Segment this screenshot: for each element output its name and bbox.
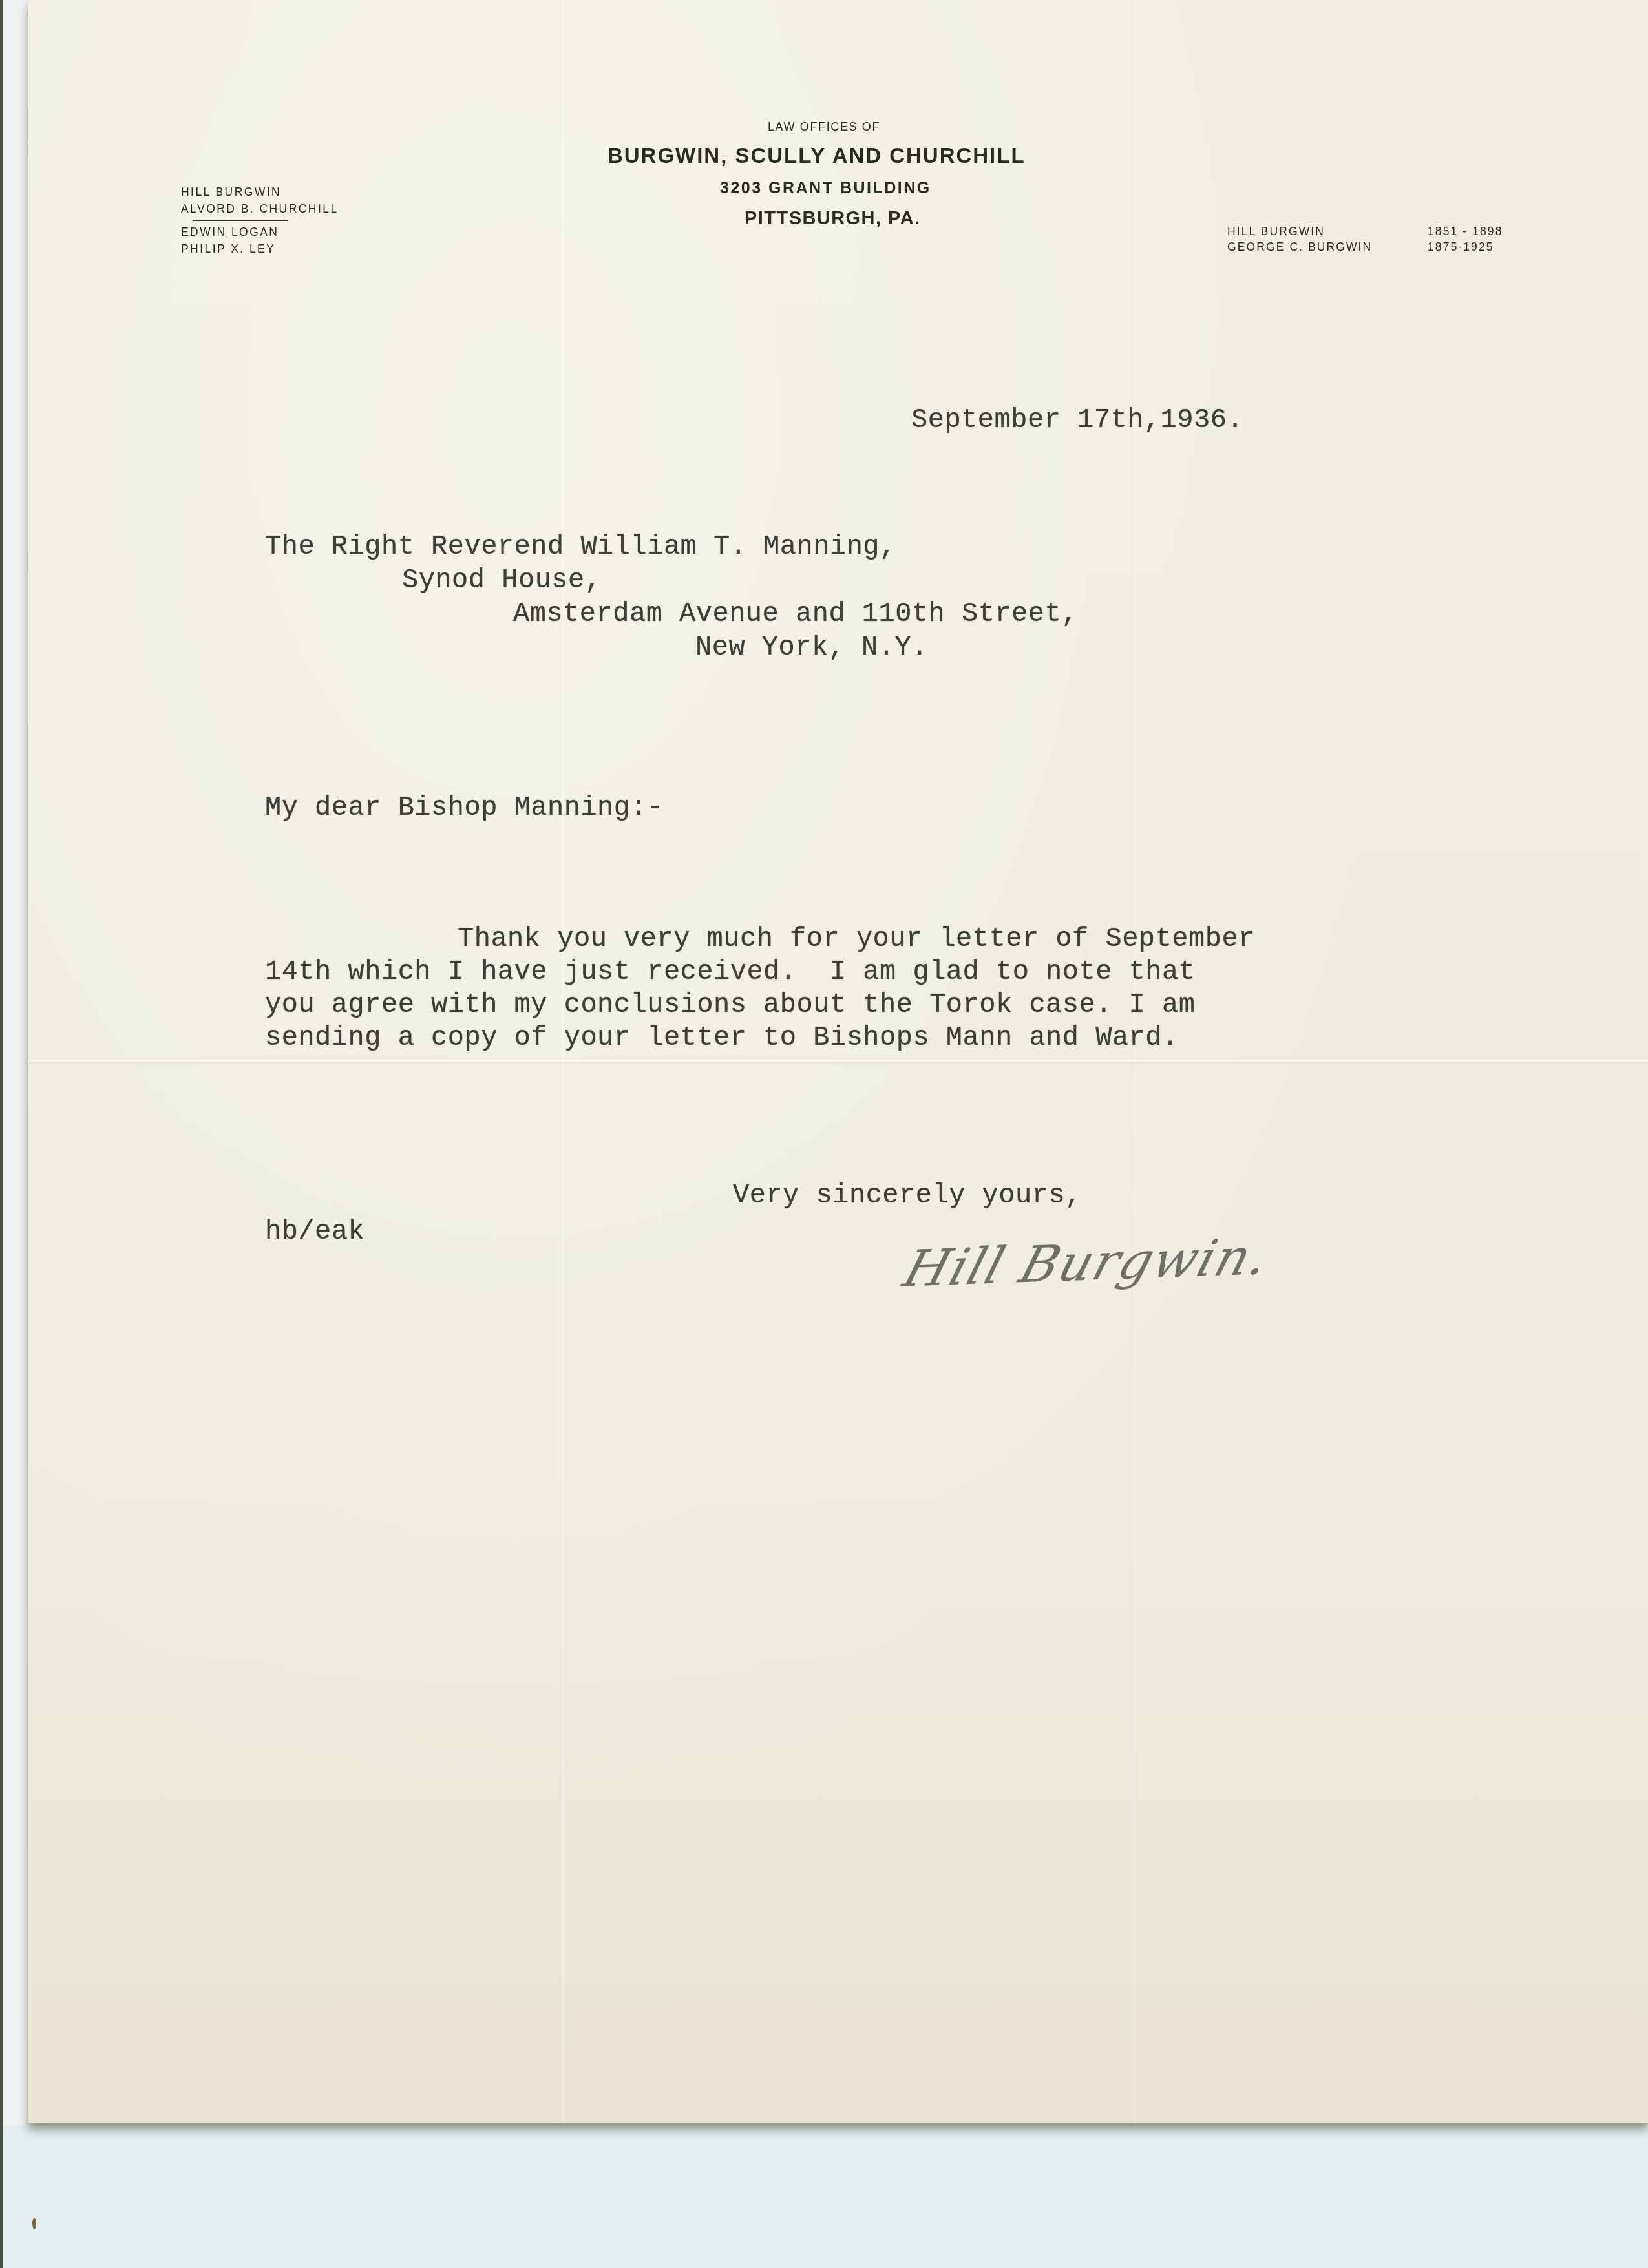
scanner-margin [3,0,28,2126]
partner-name: EDWIN LOGAN [181,224,339,240]
former-member-row: GEORGE C. BURGWIN 1875-1925 [1227,239,1503,255]
closing: Very sincerely yours, [733,1180,1082,1211]
letterhead-label: LAW OFFICES OF [0,120,1648,134]
typist-initials: hb/eak [265,1216,364,1247]
letter-page: LAW OFFICES OF BURGWIN, SCULLY AND CHURC… [28,0,1648,2123]
salutation: My dear Bishop Manning:- [265,792,664,823]
body-line: you agree with my conclusions about the … [265,989,1195,1022]
recipient-line: Amsterdam Avenue and 110th Street, [513,598,1078,629]
former-member-name: GEORGE C. BURGWIN [1227,239,1428,255]
handwritten-signature: Hill Burgwin. [897,1228,1276,1298]
scan-speck [32,2218,36,2229]
recipient-line: The Right Reverend William T. Manning, [265,531,896,562]
letter-date: September 17th,1936. [911,404,1243,436]
former-member-name: HILL BURGWIN [1227,224,1428,239]
recipient-line: New York, N.Y. [695,632,928,663]
partner-name: HILL BURGWIN [181,184,339,200]
firm-name: BURGWIN, SCULLY AND CHURCHILL [607,143,1026,168]
partner-name: PHILIP X. LEY [181,240,339,257]
firm-city: PITTSBURGH, PA. [745,208,921,229]
partner-name: ALVORD B. CHURCHILL [181,200,339,217]
partners-list: HILL BURGWIN ALVORD B. CHURCHILL EDWIN L… [181,184,339,257]
recipient-line: Synod House, [402,565,601,596]
former-members: HILL BURGWIN 1851 - 1898 GEORGE C. BURGW… [1227,224,1503,255]
firm-address: 3203 GRANT BUILDING [720,179,931,198]
partners-divider [193,220,288,221]
fold-crease-horizontal [28,1060,1648,1062]
body-line: 14th which I have just received. I am gl… [265,956,1195,989]
former-member-row: HILL BURGWIN 1851 - 1898 [1227,224,1503,239]
former-member-years: 1875-1925 [1428,239,1494,255]
body-line: Thank you very much for your letter of S… [458,923,1255,956]
former-member-years: 1851 - 1898 [1428,224,1503,239]
body-line: sending a copy of your letter to Bishops… [265,1022,1179,1055]
